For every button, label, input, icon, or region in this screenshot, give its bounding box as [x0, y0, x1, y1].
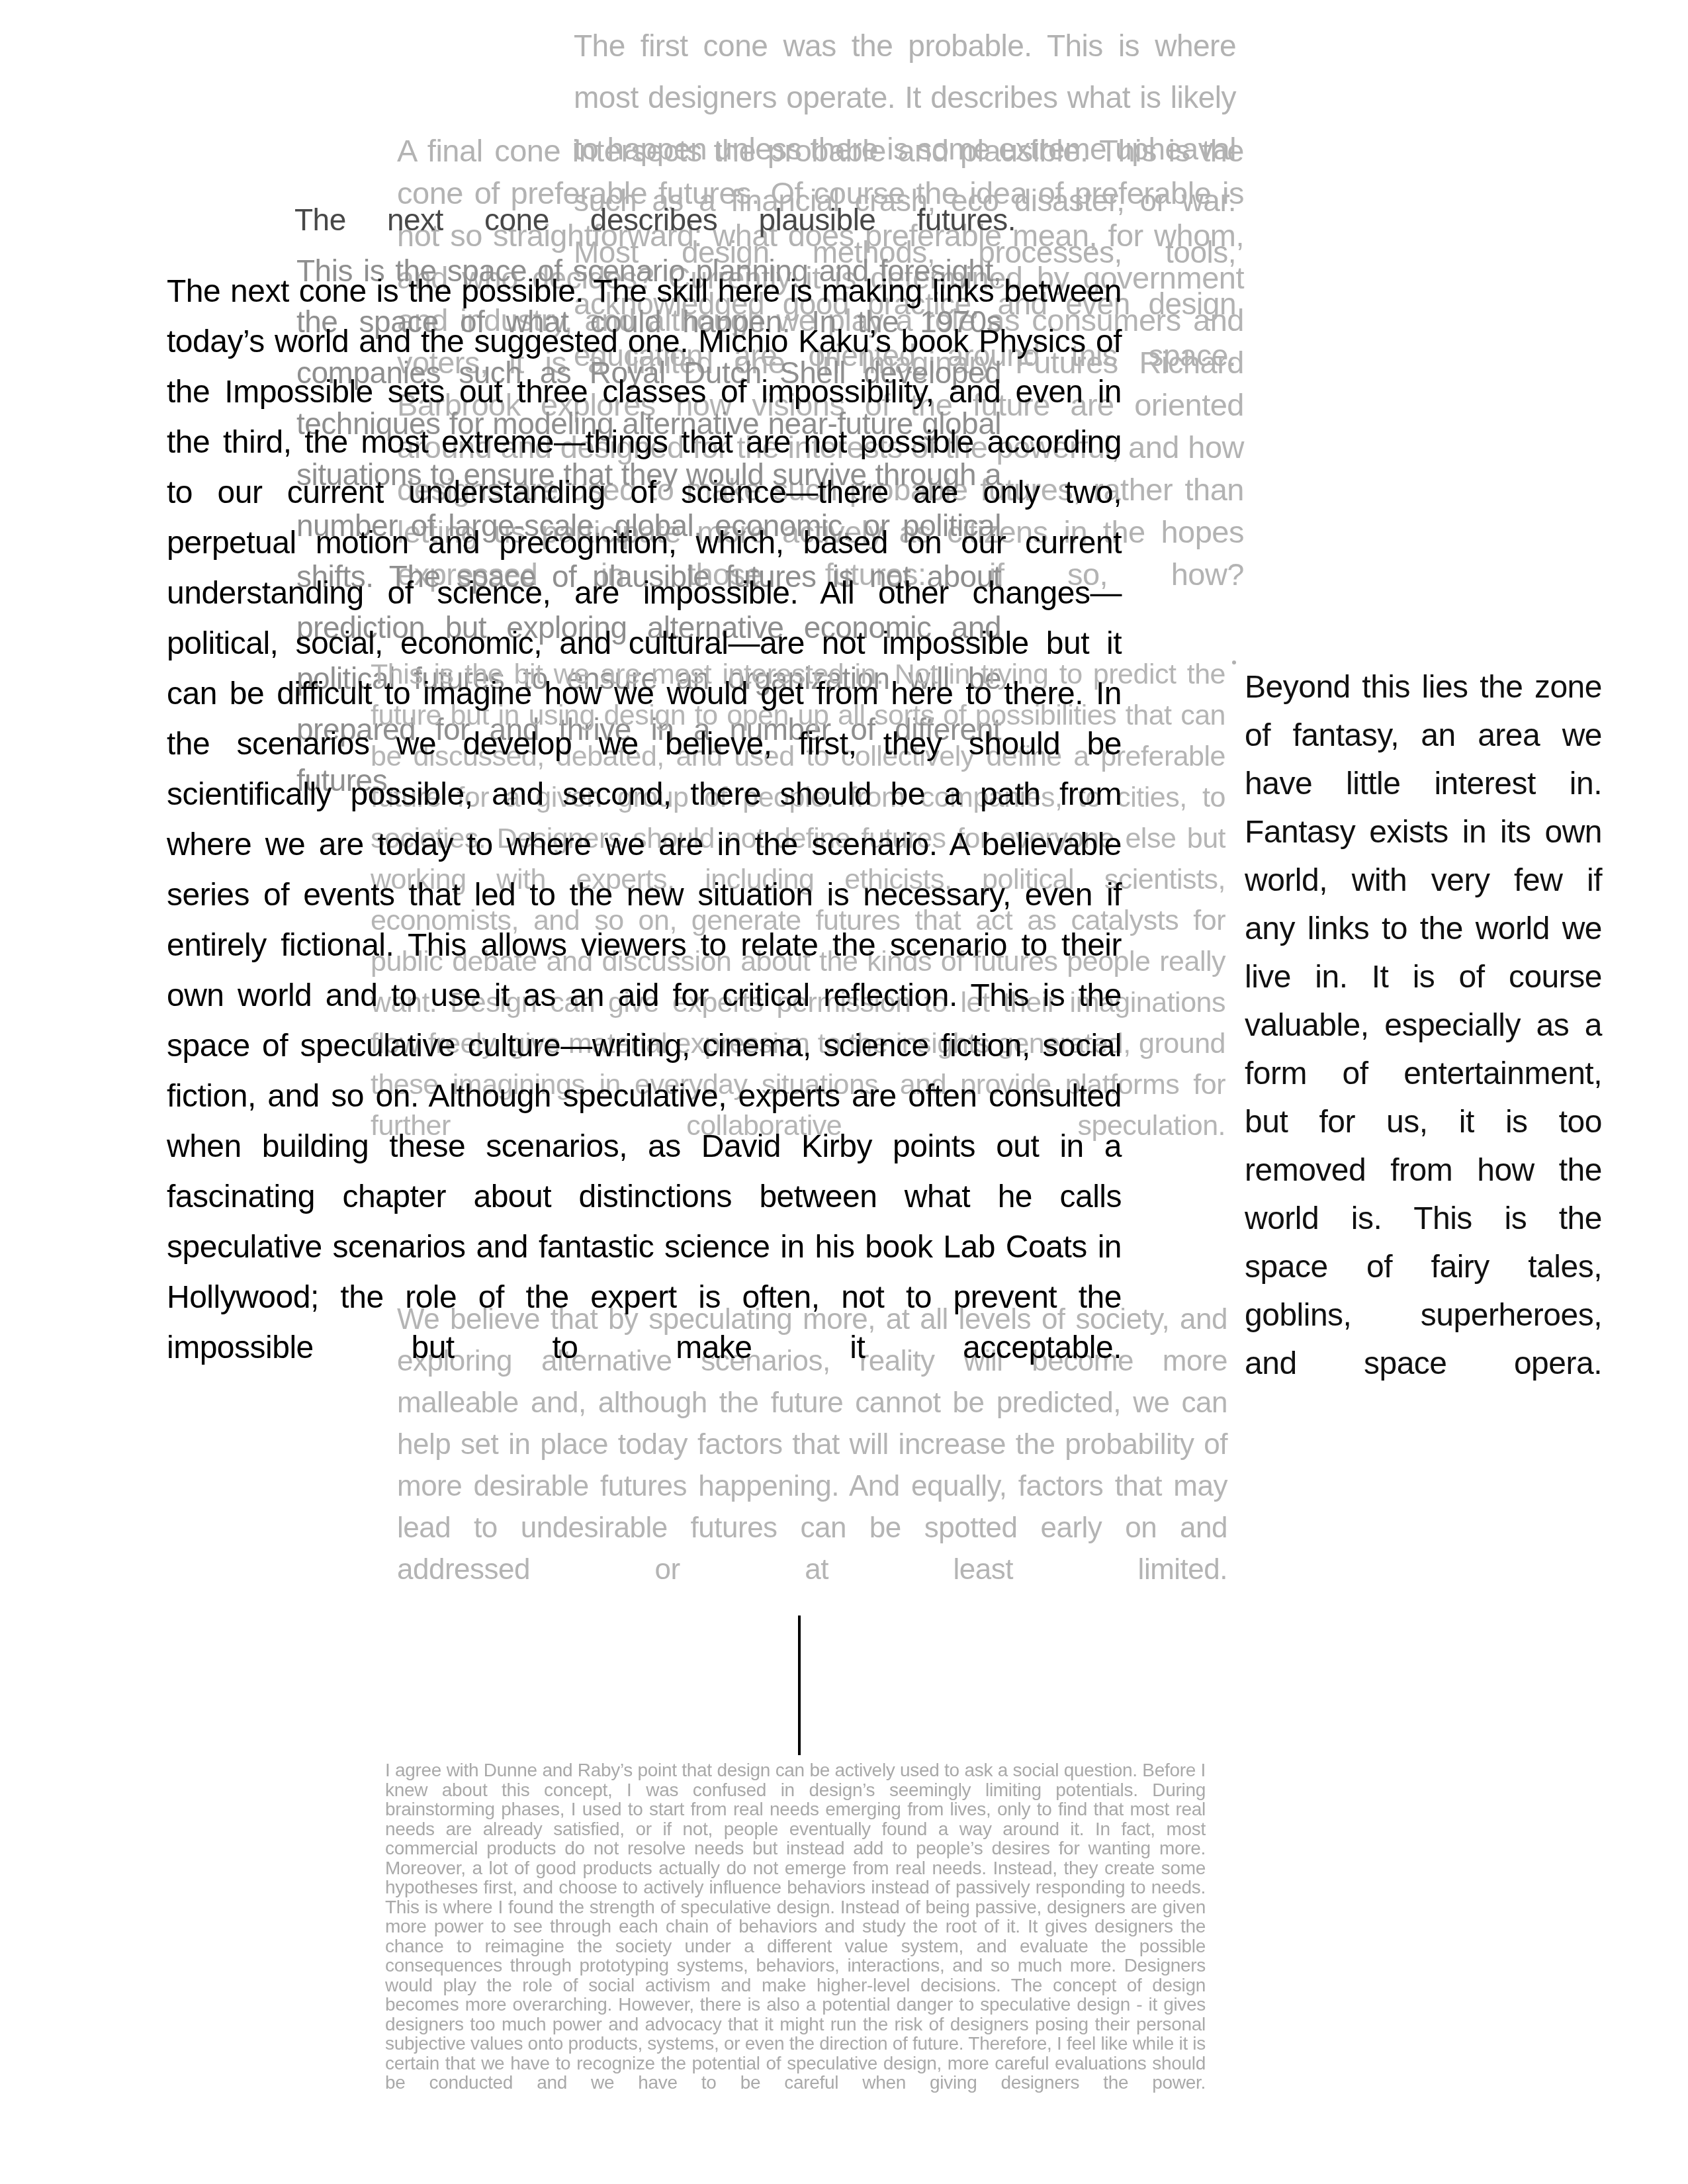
paragraph-possible-cone-main: The next cone is the possible. The skill…: [167, 267, 1122, 1373]
poster-page: The first cone was the probable. This is…: [0, 0, 1688, 2184]
paragraph-plausible-cone-intro: The next cone describes plausible future…: [294, 195, 1016, 246]
paragraph-personal-commentary: I agree with Dunne and Raby’s point that…: [385, 1760, 1206, 2093]
stray-dot: [1232, 660, 1236, 664]
vertical-divider-line: [798, 1615, 801, 1755]
paragraph-fantasy-zone: Beyond this lies the zone of fantasy, an…: [1245, 663, 1602, 1388]
